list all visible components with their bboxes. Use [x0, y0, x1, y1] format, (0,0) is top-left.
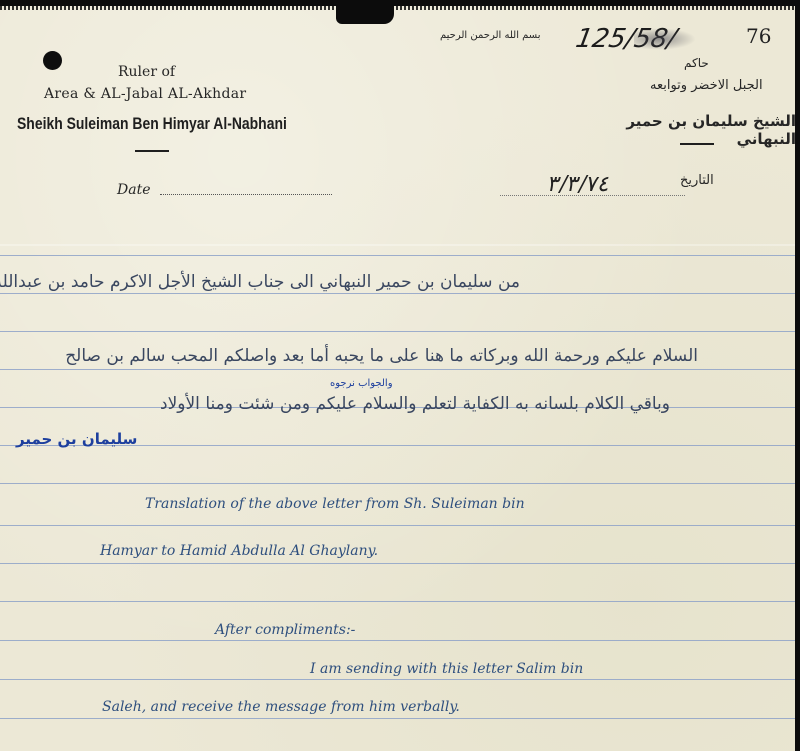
letterhead-name: Sheikh Suleiman Ben Himyar Al-Nabhani [17, 114, 287, 134]
ruled-line [0, 679, 796, 680]
ruled-line [0, 331, 796, 332]
ruled-line [0, 483, 796, 484]
ruled-line [0, 525, 796, 526]
scan-edge [795, 0, 800, 751]
crossed-out-mark [634, 28, 696, 50]
date-label: Date [117, 182, 150, 198]
ruled-line [0, 640, 796, 641]
arabic-line-3: وباقي الكلام بلسانه به الكفاية لتعلم وال… [30, 394, 670, 414]
translation-line-3: After compliments:- [215, 622, 355, 638]
signature: سليمان بن حمير [16, 430, 137, 448]
ruled-line [0, 563, 796, 564]
translation-line-5: Saleh, and receive the message from him … [102, 699, 460, 715]
ruled-line [0, 255, 796, 256]
ruled-line [0, 718, 796, 719]
perforated-edge [0, 0, 800, 10]
letterhead-ruler-of: Ruler of [118, 64, 175, 80]
date-line [160, 194, 332, 195]
arabic-line-1: من سليمان بن حمير النبهاني الى جناب الشي… [20, 272, 520, 292]
interlinear-note: والجواب نرجوه [330, 378, 393, 389]
punch-hole [43, 51, 62, 70]
translation-line-2: Hamyar to Hamid Abdulla Al Ghaylany. [100, 543, 378, 559]
paper-fold [0, 244, 796, 246]
ruled-line [0, 293, 796, 294]
ruled-line [0, 601, 796, 602]
ruled-line [0, 369, 796, 370]
letterhead-ar-divider [680, 143, 714, 145]
bismillah: بسم الله الرحمن الرحيم [440, 30, 541, 41]
torn-notch [336, 0, 394, 24]
letter-sheet: Ruler of Area & AL-Jabal AL-Akhdar Sheik… [0, 6, 796, 751]
letterhead-ar-area: الجبل الاخضر وتوابعه [650, 78, 763, 93]
page-number: 76 [746, 24, 771, 48]
letterhead-ar-hakim: حاكم [684, 56, 709, 70]
handwritten-date: ٣/٣/٧٤ [545, 172, 612, 197]
translation-line-4: I am sending with this letter Salim bin [310, 661, 583, 677]
letterhead-area: Area & AL-Jabal AL-Akhdar [44, 86, 246, 102]
ar-date-label: التاريخ [680, 173, 714, 188]
letterhead-divider [135, 150, 169, 152]
translation-line-1: Translation of the above letter from Sh.… [145, 496, 525, 512]
arabic-line-2: السلام عليكم ورحمة الله وبركاته ما هنا ع… [8, 346, 698, 366]
